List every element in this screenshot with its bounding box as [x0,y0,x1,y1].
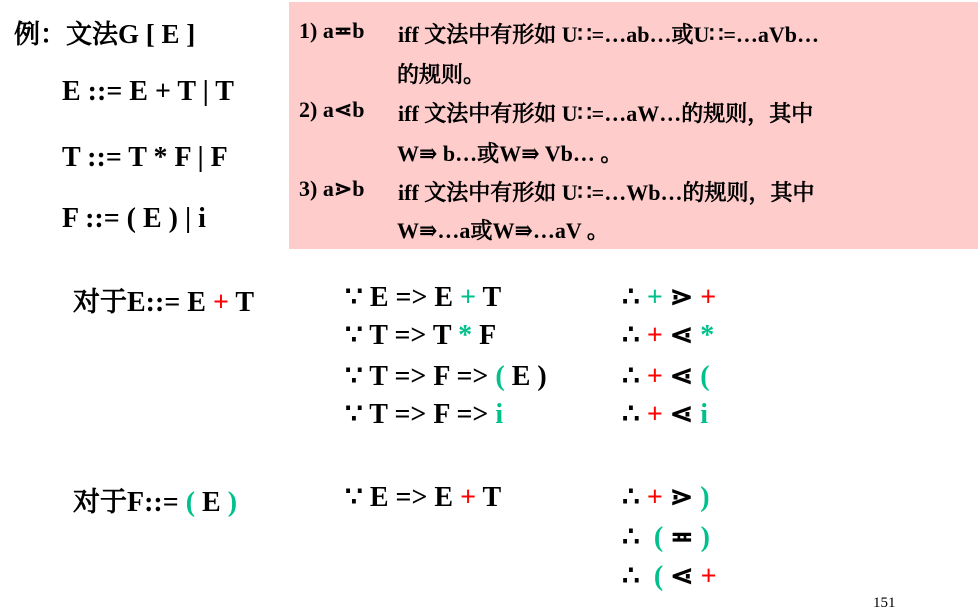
therefore-symbol: ∴ [622,482,647,513]
derivation-op: ( [495,361,504,392]
def-2-line2: W⇛ b…或W⇛ Vb… 。 [397,137,622,168]
def-1-iff: iff [398,22,419,47]
def-2-text: iff 文法中有形如 U∷=…aW…的规则，其中 [398,97,813,128]
conclusion-right: * [700,320,714,351]
conclusion-right: ( [700,361,709,392]
def-2-line2a: W⇛ b… [397,141,477,166]
title-grammar: G [ E ] [118,19,195,49]
def-3-line2: W⇛…a或W⇛…aV 。 [397,214,609,245]
def-3-line2c: W⇛…aV 。 [492,218,608,243]
grammar-rule-t: T ::= T * F | F [62,142,228,174]
section2-label-a: F::= [127,487,186,518]
therefore-symbol: ∴ [622,561,654,592]
section2-label-cn: 对于 [73,487,127,518]
derivation-because: ∵ E => E [345,482,460,513]
derivation-because: ∵ T => T [345,320,458,351]
def-2-iff: iff [398,101,419,126]
conclusion-relation: ⋗ [663,482,700,513]
conclusion-right: + [700,282,716,313]
section1-label-cn: 对于 [73,287,127,318]
grammar-rule-f: F ::= ( E ) | i [62,203,206,235]
def-3-line2b: 或 [470,219,492,244]
derivation-tail: T [476,482,501,513]
def-2-cn2: 的规则，其中 [681,102,813,127]
derivation-row: ∵ T => F => i [345,397,503,431]
conclusion-relation: ≖ [663,522,700,553]
section1-label-b: T [229,287,254,318]
def-2-line2b: 或 [477,142,499,167]
conclusion-left: + [647,361,663,392]
def-3-iff: iff [398,180,419,205]
def-3-text: iff 文法中有形如 U∷=…Wb…的规则，其中 [398,176,814,207]
conclusion-row: ∴ ( ≖ ) [622,520,710,554]
derivation-op: i [495,399,503,430]
conclusion-right: i [700,399,708,430]
conclusion-relation: ⋖ [663,561,700,592]
section1-label-op: + [213,287,229,318]
conclusion-relation: ⋖ [663,361,700,392]
derivation-because: ∵ T => F => [345,399,495,430]
section2-label-rparen: ) [228,487,237,518]
conclusion-row: ∴ + ⋗ + [622,280,716,314]
def-3-cn1: 文法中有形如 [424,181,556,206]
derivation-row: ∵ E => E + T [345,480,501,514]
def-1-cn2: 或 [671,23,693,48]
derivation-row: ∵ T => F => ( E ) [345,359,547,393]
conclusion-left: + [647,399,663,430]
conclusion-left: ( [654,561,663,592]
conclusion-relation: ⋖ [663,399,700,430]
therefore-symbol: ∴ [622,320,647,351]
title-prefix: 例：文法 [14,20,118,50]
derivation-row: ∵ T => T * F [345,318,496,352]
therefore-symbol: ∴ [622,399,647,430]
derivation-row: ∵ E => E + T [345,280,501,314]
derivation-tail: F [472,320,496,351]
derivation-tail: E ) [505,361,547,392]
conclusion-row: ∴ + ⋗ ) [622,480,710,514]
def-2-rule1: U∷=…aW… [562,101,681,126]
derivation-because: ∵ T => F => [345,361,495,392]
conclusion-left: + [647,482,663,513]
conclusion-row: ∴ + ⋖ ( [622,359,710,393]
conclusion-relation: ⋗ [663,282,700,313]
def-3-num: 3) a⋗b [299,176,365,202]
conclusion-relation: ⋖ [663,320,700,351]
therefore-symbol: ∴ [622,361,647,392]
def-2-num: 2) a⋖b [299,97,365,123]
section2-label-lparen: ( [186,487,195,518]
def-3-line2a: W⇛…a [397,218,470,243]
derivation-tail: T [476,282,501,313]
grammar-rule-e: E ::= E + T | T [62,76,234,108]
conclusion-row: ∴ + ⋖ i [622,397,708,431]
conclusion-row: ∴ ( ⋖ + [622,559,717,593]
therefore-symbol: ∴ [622,282,647,313]
def-2-cn1: 文法中有形如 [424,102,556,127]
def-2-line2c: W⇛ Vb… 。 [499,141,622,166]
therefore-symbol: ∴ [622,522,654,553]
def-1-num: 1) a≖b [299,18,365,44]
derivation-because: ∵ E => E [345,282,460,313]
def-1-cn1: 文法中有形如 [424,23,556,48]
definitions-box: 1) a≖b iff 文法中有形如 U∷=…ab…或U∷=…aVb… 的规则。 … [289,2,978,249]
def-1-line2: 的规则。 [397,58,485,89]
derivation-op: + [460,282,476,313]
def-1-text: iff 文法中有形如 U∷=…ab…或U∷=…aVb… [398,18,819,49]
section2-label: 对于F::= ( E ) [73,480,237,519]
conclusion-right: ) [701,522,710,553]
derivation-op: + [460,482,476,513]
section1-label-a: E::= E [127,287,213,318]
example-title: 例：文法G [ E ] [14,14,195,51]
conclusion-left: ( [654,522,663,553]
def-3-cn2: 的规则，其中 [682,181,814,206]
section1-label: 对于E::= E + T [73,280,254,319]
conclusion-left: + [647,282,663,313]
conclusion-left: + [647,320,663,351]
section2-label-mid: E [195,487,228,518]
derivation-op: * [458,320,472,351]
def-3-rule1: U∷=…Wb… [562,180,683,205]
conclusion-right: + [701,561,717,592]
def-1-rule1: U∷=…ab… [562,22,672,47]
def-1-rule2: U∷=…aVb… [693,22,819,47]
conclusion-row: ∴ + ⋖ * [622,318,714,352]
page-number: 151 [873,595,896,609]
conclusion-right: ) [700,482,709,513]
